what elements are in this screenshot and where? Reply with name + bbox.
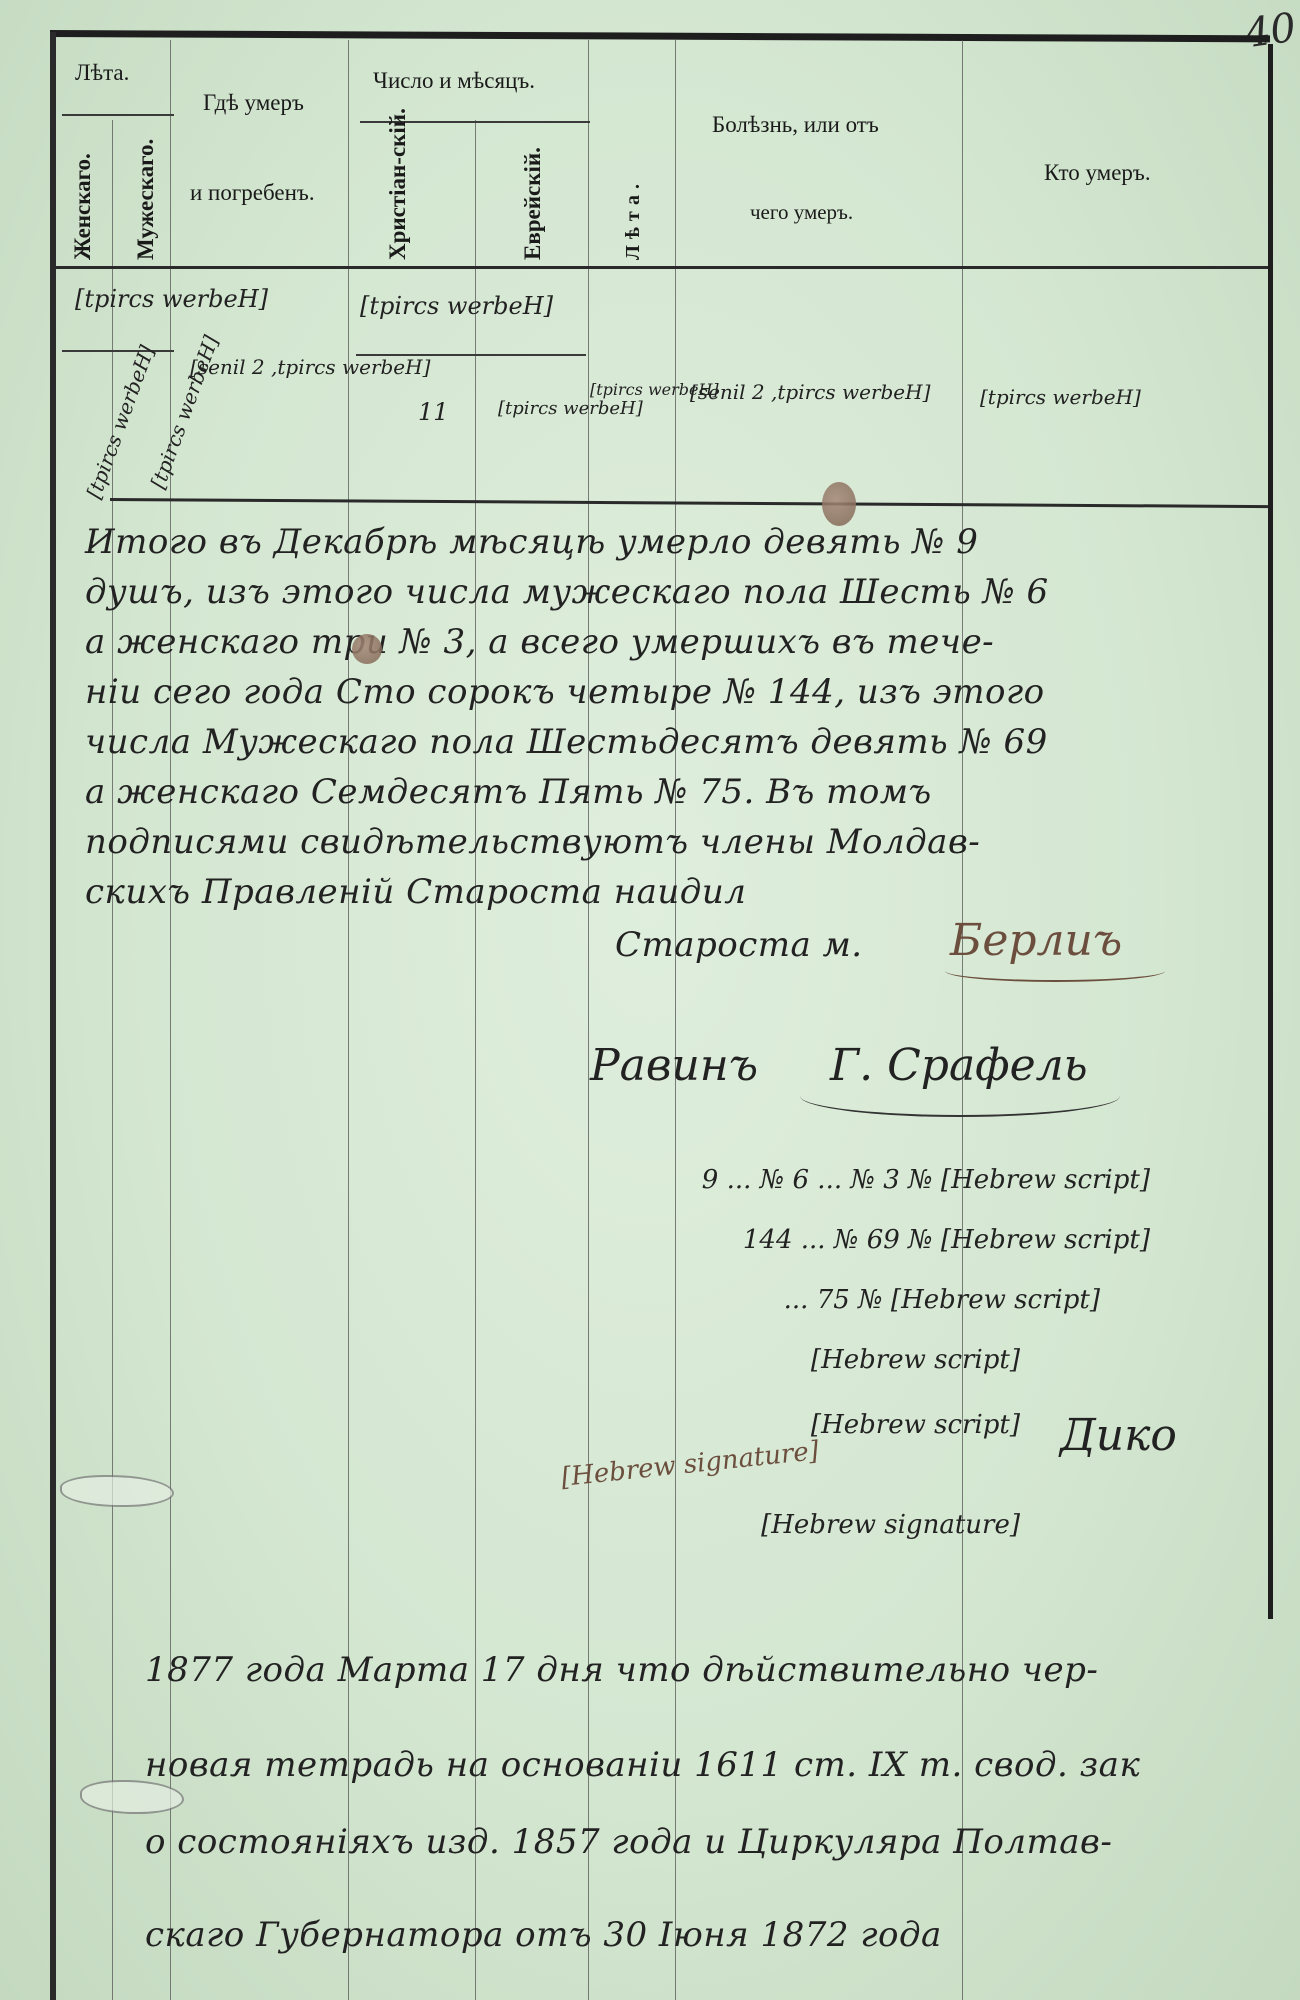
summary-line: нiи сего года Сто сорокъ четыре № 144, и… bbox=[85, 672, 1045, 712]
column-line bbox=[962, 40, 963, 2000]
ink-stain bbox=[352, 634, 382, 664]
cell-where-died: [Hebrew script, 2 lines] bbox=[190, 355, 430, 379]
certification-line: 1877 года Марта 17 дня что дѣйствительно… bbox=[145, 1650, 1098, 1690]
cell-christian-date: 11 bbox=[418, 398, 449, 426]
paper-tear bbox=[80, 1780, 184, 1814]
ink-stain bbox=[822, 482, 856, 526]
column-line bbox=[348, 40, 349, 2000]
hebrew-line: [Hebrew script] № 9 ... № 6 ... № 3 bbox=[100, 1165, 1150, 1195]
certification-line: новая тетрадь на основанiи 1611 ст. IX т… bbox=[145, 1745, 1140, 1785]
hebrew-signature: [Hebrew signature] bbox=[360, 1436, 821, 1514]
summary-line: скихъ Правленiй Староста наидил bbox=[85, 872, 746, 912]
cell-who-died: [Hebrew script] bbox=[980, 385, 1141, 409]
right-signature: Дико bbox=[1060, 1410, 1177, 1461]
summary-line: а женскаго три № 3, а всего умершихъ въ … bbox=[85, 622, 994, 662]
summary-line: а женскаго Семдесятъ Пять № 75. Въ томъ bbox=[85, 772, 932, 812]
header-bottom-rule bbox=[56, 266, 1268, 269]
table-frame-top bbox=[50, 30, 1270, 42]
cell-jewish-date: [Hebrew script] bbox=[498, 398, 643, 419]
starosta-label: Староста м. bbox=[615, 925, 863, 965]
header-female: Женскаго. bbox=[70, 125, 96, 260]
header-date-group: Число и мѣсяцъ. bbox=[373, 68, 535, 94]
paper-tear bbox=[60, 1475, 174, 1507]
starosta-flourish bbox=[945, 960, 1165, 982]
header-where-died-line1: Гдѣ умеръ bbox=[203, 90, 304, 116]
cell-illness: [Hebrew script, 2 lines] bbox=[690, 380, 930, 404]
column-line bbox=[475, 120, 476, 2000]
rabbi-flourish bbox=[800, 1075, 1120, 1117]
column-line bbox=[675, 40, 676, 2000]
header-years-group: Лѣта. bbox=[75, 60, 129, 86]
certification-line: о состоянiяхъ изд. 1857 года и Циркуляра… bbox=[145, 1822, 1112, 1862]
hebrew-line: [Hebrew script] № 144 ... № 69 bbox=[60, 1225, 1150, 1255]
hebrew-signature: [Hebrew signature] bbox=[520, 1510, 1020, 1540]
header-christian: Христiан-скiй. bbox=[385, 135, 411, 260]
summary-line: числа Мужескаго пола Шестьдесятъ девять … bbox=[85, 722, 1048, 762]
cell-date-top: [Hebrew script] bbox=[360, 292, 553, 320]
header-jewish: Еврейскiй. bbox=[520, 130, 546, 260]
header-illness-line1: Болѣзнь, или отъ bbox=[712, 112, 879, 138]
header-male: Мужескаго. bbox=[133, 115, 159, 260]
hebrew-line: [Hebrew script] bbox=[560, 1410, 1020, 1440]
column-line bbox=[588, 40, 589, 2000]
starosta-signature: Берлиъ bbox=[950, 915, 1122, 966]
column-line bbox=[112, 120, 113, 2000]
summary-line: подписями свидѣтельствуютъ члены Молдав- bbox=[85, 822, 980, 862]
table-frame-right bbox=[1268, 44, 1273, 1619]
column-line bbox=[170, 40, 171, 2000]
header-illness-line2: чего умеръ. bbox=[750, 200, 853, 225]
header-age: Лѣта. bbox=[622, 150, 645, 260]
table-frame-left bbox=[50, 32, 56, 2000]
header-where-died-line2: и погребенъ. bbox=[190, 180, 315, 206]
summary-line: душъ, изъ этого числа мужескаго пола Шес… bbox=[85, 572, 1049, 612]
certification-line: скаго Губернатора отъ 30 Iюня 1872 года bbox=[145, 1915, 942, 1955]
cell-female-male-top: [Hebrew script] bbox=[75, 285, 268, 313]
hebrew-line: [Hebrew script] № 75 ... bbox=[500, 1285, 1100, 1315]
header-who-died: Кто умеръ. bbox=[1044, 160, 1151, 186]
rabbi-label: Равинъ bbox=[590, 1040, 758, 1091]
hebrew-line: [Hebrew script] bbox=[560, 1345, 1020, 1375]
summary-line: Итого въ Декабрѣ мѣсяцѣ умерло девять № … bbox=[85, 522, 978, 562]
table-row-bottom-rule bbox=[110, 498, 1268, 508]
